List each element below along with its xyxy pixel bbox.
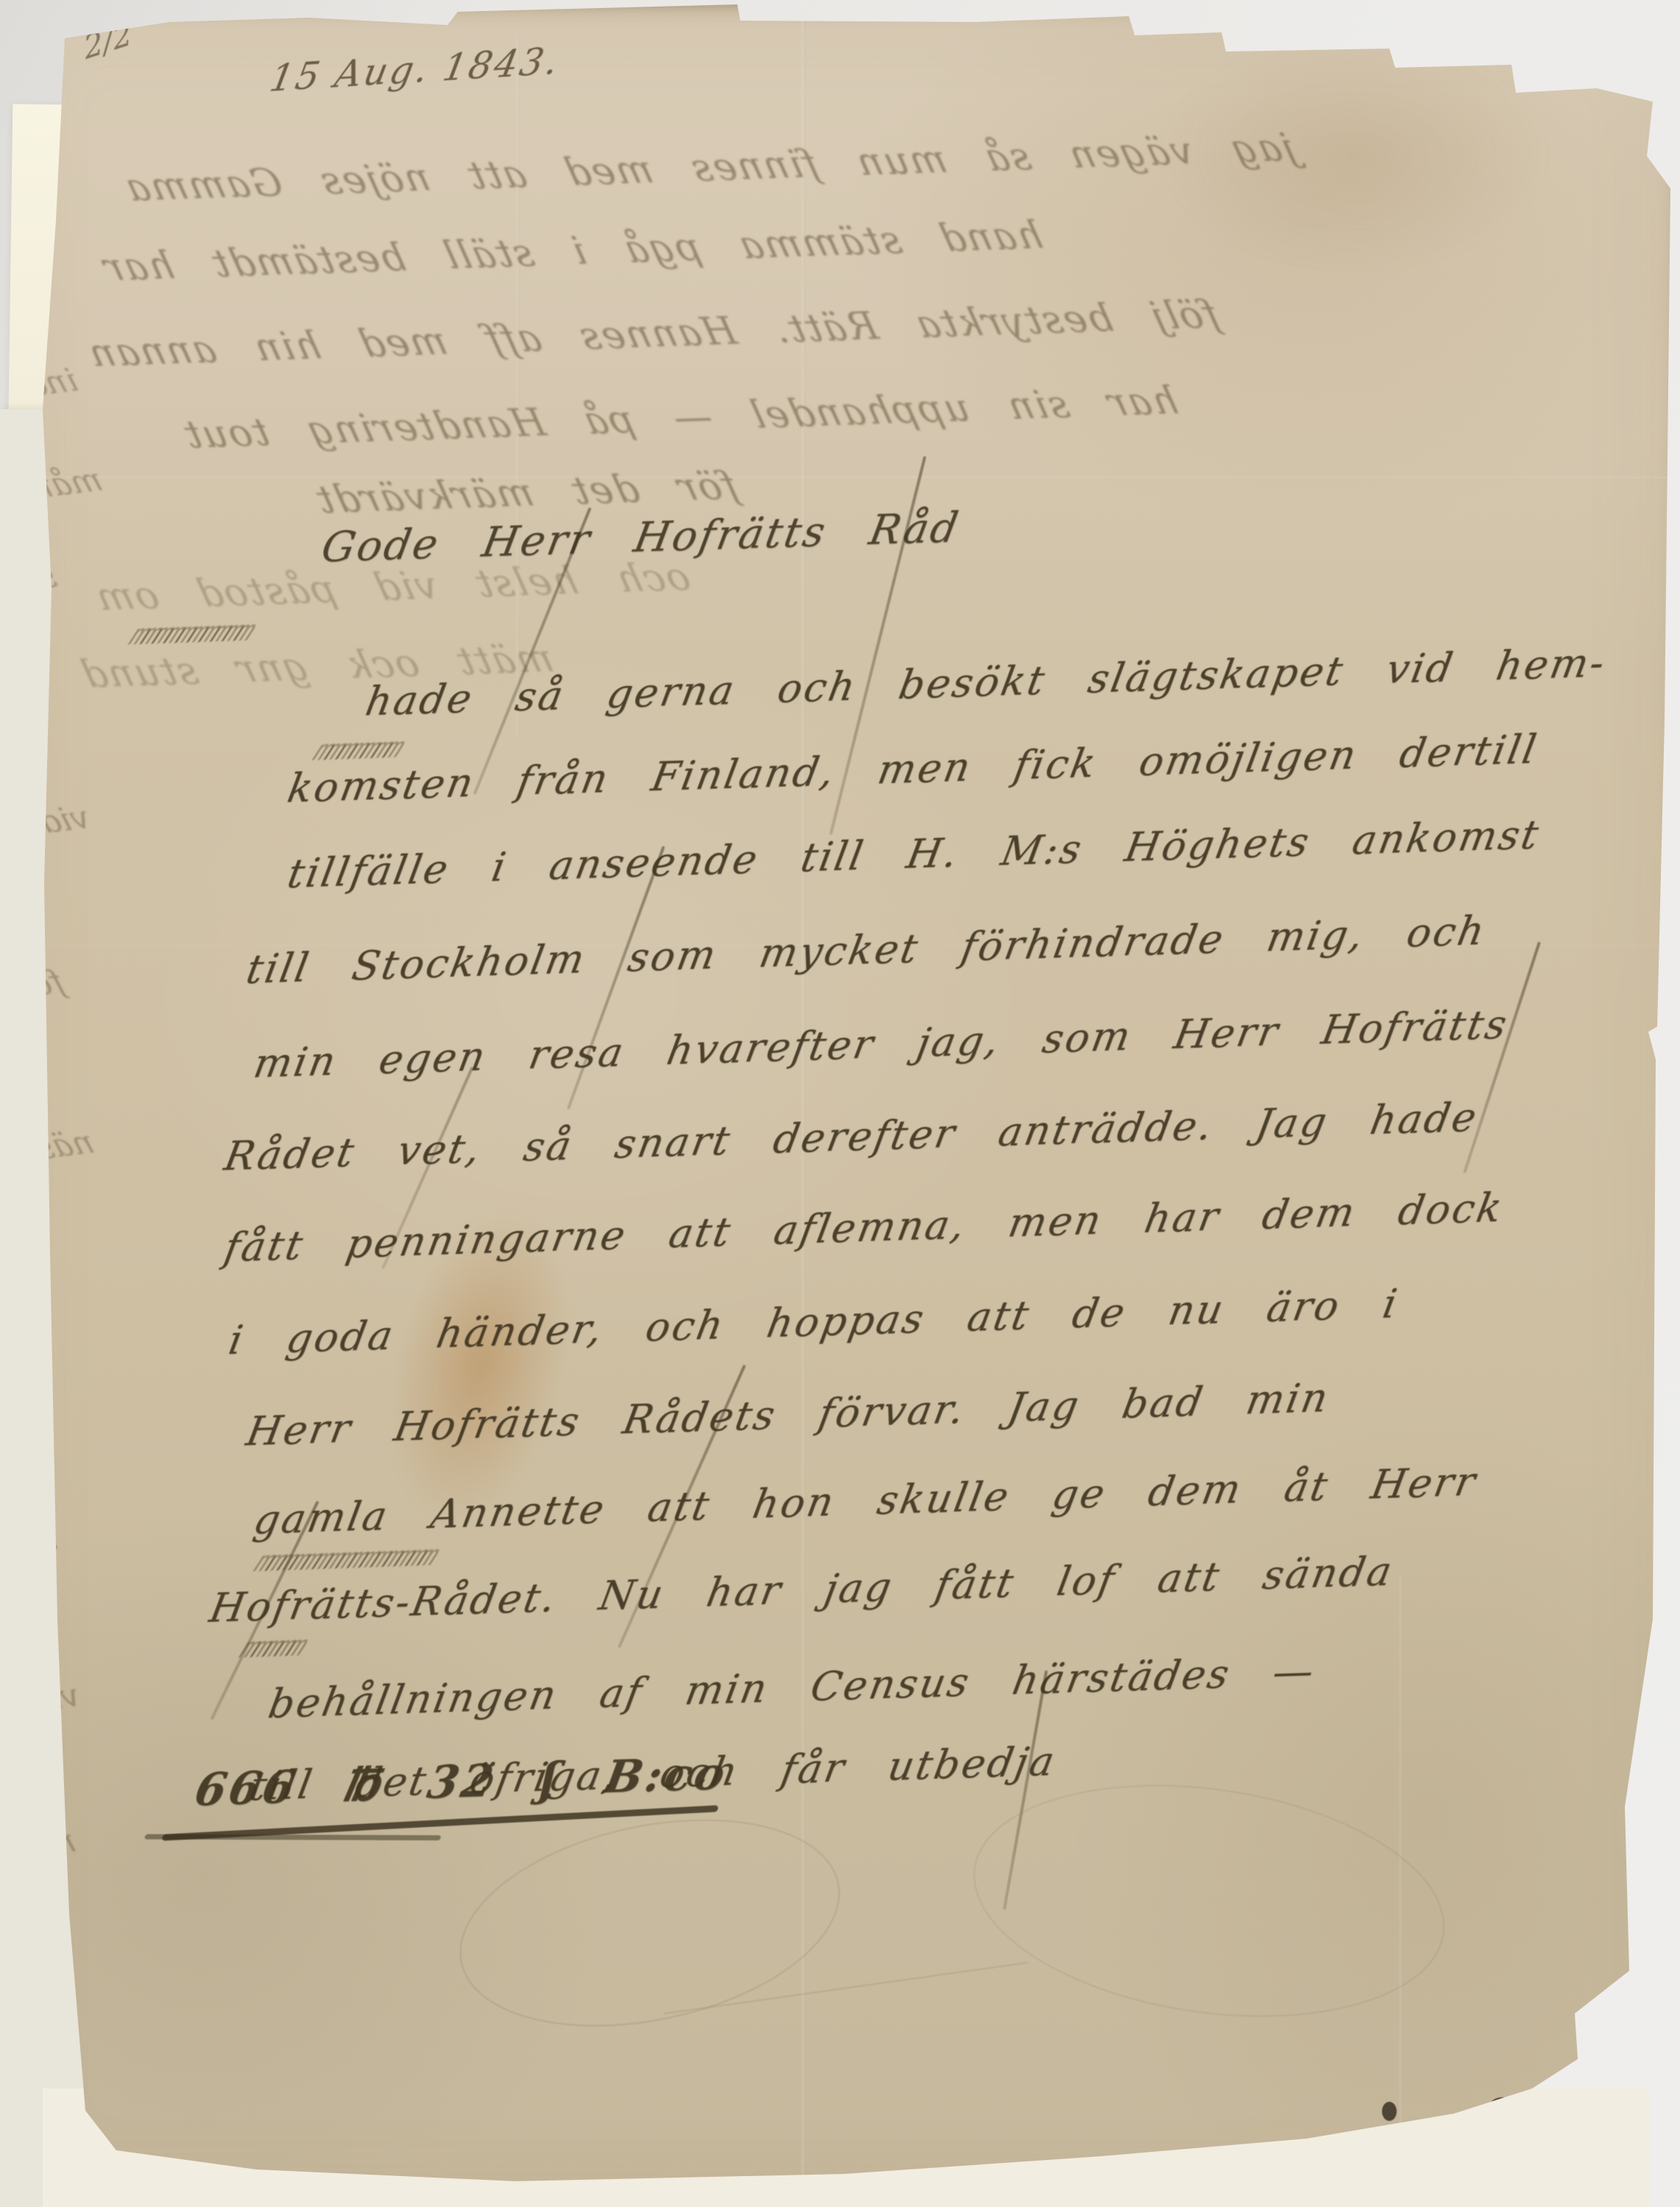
scribble-row: mmmmmmmmmm: [121, 614, 260, 652]
scribble-row: mmmmmmmmmmmmmmm: [247, 1539, 443, 1578]
horizontal-fold-crease: [0, 477, 1680, 480]
photograph-of-letter: jag vägen så mun finnes med att nöjes Ga…: [0, 0, 1680, 2207]
ink-spot: [1382, 2102, 1397, 2121]
letter-paper: jag vägen så mun finnes med att nöjes Ga…: [0, 0, 1680, 2207]
fold-crease-upper-left: [517, 37, 520, 736]
ink-spot: [1634, 2018, 1645, 2028]
